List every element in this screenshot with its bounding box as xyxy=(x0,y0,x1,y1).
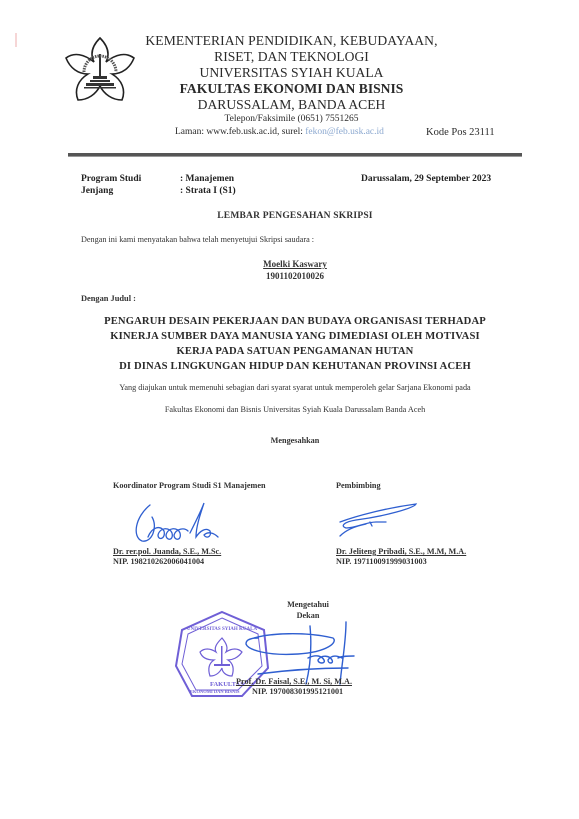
header-address: DARUSSALAM, BANDA ACEH xyxy=(50,97,533,113)
svg-text:EKONOMI DAN BISNIS: EKONOMI DAN BISNIS xyxy=(190,689,240,694)
title-label: Dengan Judul : xyxy=(81,294,136,303)
thesis-title-line: PENGARUH DESAIN PEKERJAAN DAN BUDAYA ORG… xyxy=(60,316,530,327)
level-label: Jenjang xyxy=(81,186,113,196)
purpose-line: Fakultas Ekonomi dan Bisnis Universitas … xyxy=(60,405,530,414)
supervisor-role: Pembimbing xyxy=(336,481,381,490)
supervisor-name: Dr. Jeliteng Pribadi, S.E., M.M, M.A. xyxy=(336,547,466,556)
thesis-title-line: KERJA PADA SATUAN PENGAMANAN HUTAN xyxy=(60,346,530,357)
supervisor-nip: NIP. 197110091999031003 xyxy=(336,557,427,566)
document-heading: LEMBAR PENGESAHAN SKRIPSI xyxy=(60,211,530,221)
level-value: : Strata I (S1) xyxy=(180,186,236,196)
header-divider xyxy=(68,153,522,157)
scan-mark xyxy=(15,33,17,47)
header-ministry-2: RISET, DAN TEKNOLOGI xyxy=(50,49,533,65)
header-faculty: FAKULTAS EKONOMI DAN BISNIS xyxy=(50,81,533,97)
coordinator-name: Dr. rer.pol. Juanda, S.E., M.Sc. xyxy=(113,547,221,556)
header-email-link[interactable]: fekon@feb.usk.ac.id xyxy=(305,127,384,137)
header-web-prefix: Laman: www.feb.usk.ac.id, surel: xyxy=(175,127,305,137)
header-web: Laman: www.feb.usk.ac.id, surel: fekon@f… xyxy=(175,127,384,137)
header-postal-code: Kode Pos 23111 xyxy=(426,127,495,138)
ratify-label: Mengesahkan xyxy=(60,436,530,445)
header-ministry: KEMENTERIAN PENDIDIKAN, KEBUDAYAAN, xyxy=(50,33,533,49)
dean-role-1: Mengetahui xyxy=(278,600,338,609)
program-value: : Manajemen xyxy=(180,174,234,184)
purpose-line: Yang diajukan untuk memenuhi sebagian da… xyxy=(60,383,530,392)
dean-nip: NIP. 197008301995121001 xyxy=(252,687,343,696)
coordinator-nip: NIP. 198210262006041004 xyxy=(113,557,204,566)
supervisor-signature-icon xyxy=(336,500,426,540)
coordinator-signature-icon xyxy=(130,497,230,547)
thesis-title-line: KINERJA SUMBER DAYA MANUSIA YANG DIMEDIA… xyxy=(60,331,530,342)
header-university: UNIVERSITAS SYIAH KUALA xyxy=(50,65,533,81)
place-date: Darussalam, 29 September 2023 xyxy=(361,174,491,184)
student-name: Moelki Kaswary xyxy=(60,259,530,269)
thesis-title-line: DI DINAS LINGKUNGAN HIDUP DAN KEHUTANAN … xyxy=(60,361,530,372)
header-phone: Telepon/Faksimile (0651) 7551265 xyxy=(50,114,533,124)
program-label: Program Studi xyxy=(81,174,141,184)
dean-name: Prof. Dr. Faisal, S.E., M. Si, M.A. xyxy=(236,677,352,686)
student-id: 1901102010026 xyxy=(60,271,530,281)
coordinator-role: Koordinator Program Studi S1 Manajemen xyxy=(113,481,266,490)
intro-text: Dengan ini kami menyatakan bahwa telah m… xyxy=(81,235,314,244)
